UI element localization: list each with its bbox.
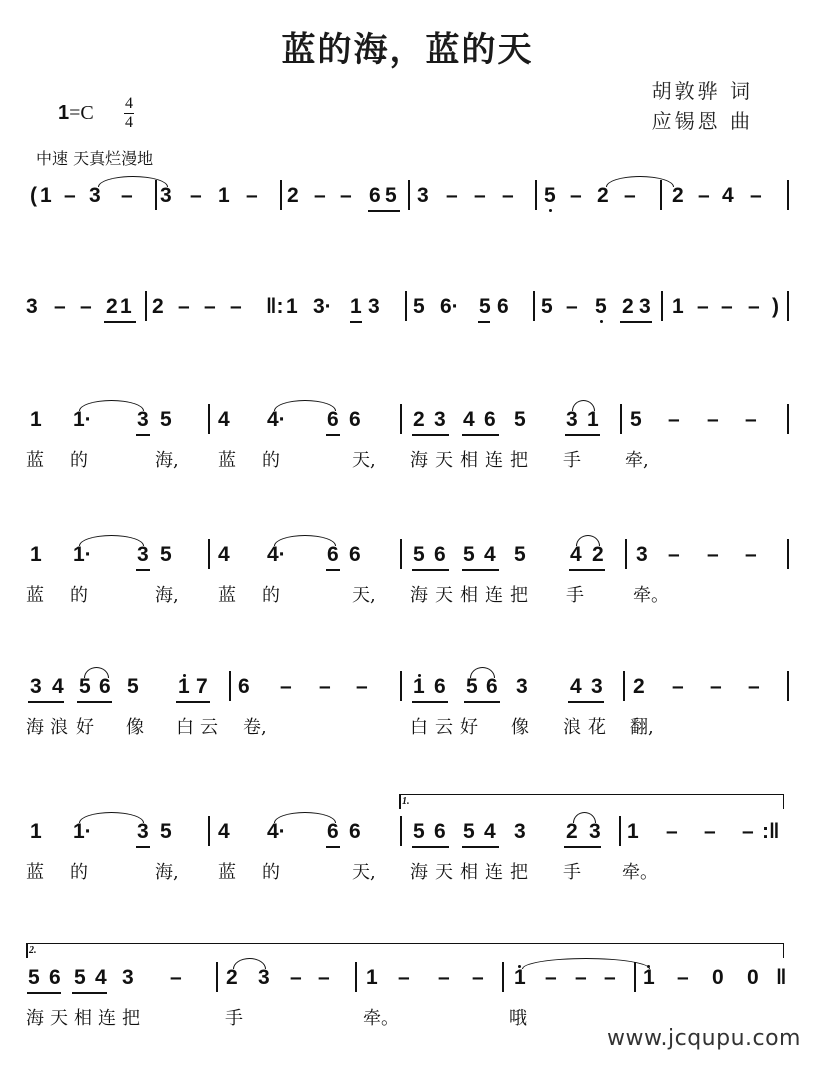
lyric-syllable: 天	[435, 581, 453, 607]
credits: 胡敦骅 词 应锡恩 曲	[652, 76, 753, 136]
barline	[787, 671, 789, 701]
note: –	[121, 184, 133, 208]
note: –	[677, 966, 689, 990]
score-row: 11·3544·6656545423–––蓝的海,蓝的天,海天相连把手牵。	[0, 535, 815, 625]
note: –	[190, 184, 202, 208]
lyric-syllable: 海	[26, 713, 44, 739]
note: 6·	[440, 295, 459, 319]
note: 1·	[73, 543, 92, 567]
slur	[522, 958, 650, 969]
high-octave-dot	[183, 674, 186, 677]
lyric-syllable: 的	[262, 581, 280, 607]
note: 5	[385, 184, 397, 208]
barline	[208, 816, 210, 846]
note: ‖:	[266, 295, 283, 319]
barline	[400, 671, 402, 701]
lyric-syllable: 海	[410, 446, 428, 472]
note: –	[748, 675, 760, 699]
note: 0	[747, 966, 759, 990]
note: –	[748, 295, 760, 319]
note: 5	[160, 820, 172, 844]
barline	[787, 404, 789, 434]
barline	[625, 539, 627, 569]
note: 1	[120, 295, 132, 319]
note: –	[230, 295, 242, 319]
slur	[274, 400, 336, 411]
note: 3	[636, 543, 648, 567]
note: 1	[30, 408, 42, 432]
eighth-underline	[104, 321, 136, 323]
slur	[573, 812, 596, 823]
lyric-syllable: 海	[410, 858, 428, 884]
note: 1	[30, 820, 42, 844]
notes-line: 56543–23––1–––1–––1–00‖	[0, 958, 815, 998]
note: 3	[137, 543, 149, 567]
note: 1	[286, 295, 298, 319]
note: 2	[566, 820, 578, 844]
eighth-underline	[565, 434, 600, 436]
lyric-syllable: 连	[485, 858, 503, 884]
eighth-underline	[136, 569, 150, 571]
note: 1	[413, 675, 425, 699]
lyric-syllable: 好	[76, 713, 94, 739]
note: 3	[516, 675, 528, 699]
lyric-syllable: 手	[566, 581, 584, 607]
notes-line: 11·3544·6656545423–––	[0, 535, 815, 575]
note: 6	[486, 675, 498, 699]
lyric-syllable: 连	[98, 1004, 116, 1030]
note: 5	[160, 408, 172, 432]
note: 2	[287, 184, 299, 208]
barline	[408, 180, 410, 210]
eighth-underline	[326, 434, 340, 436]
note: –	[204, 295, 216, 319]
barline	[619, 816, 621, 846]
note: 4	[218, 820, 230, 844]
slur	[98, 176, 168, 187]
note: –	[319, 675, 331, 699]
slur	[233, 958, 266, 969]
eighth-underline	[326, 569, 340, 571]
note: –	[398, 966, 410, 990]
barline	[280, 180, 282, 210]
note: 1·	[73, 408, 92, 432]
note: –	[570, 184, 582, 208]
note: 4	[218, 543, 230, 567]
barline	[620, 404, 622, 434]
note: 4·	[267, 820, 286, 844]
note: 5	[595, 295, 607, 319]
note: –	[750, 184, 762, 208]
high-octave-dot	[418, 674, 421, 677]
note: 4	[463, 408, 475, 432]
note: 3	[434, 408, 446, 432]
note: 3	[160, 184, 172, 208]
lyric-syllable: 手	[225, 1004, 243, 1030]
note: 5	[160, 543, 172, 567]
note: 1	[350, 295, 362, 319]
notes-line: (1–3–3–1–2––653–––5–2–2–4–	[0, 176, 815, 216]
notes-line: 11·3544·6623465315–––	[0, 400, 815, 440]
lyric-syllable: 把	[510, 581, 528, 607]
note: 2	[413, 408, 425, 432]
lyric-syllable: 蓝	[218, 446, 236, 472]
barline	[208, 404, 210, 434]
note: –	[624, 184, 636, 208]
lyric-syllable: 云	[200, 713, 218, 739]
lyric-syllable: 浪	[563, 713, 581, 739]
note: 4	[484, 820, 496, 844]
lyric-syllable: 云	[435, 713, 453, 739]
eighth-underline	[620, 321, 652, 323]
note: 6	[327, 408, 339, 432]
note: –	[246, 184, 258, 208]
note: 3	[122, 966, 134, 990]
note: 0	[712, 966, 724, 990]
note: 1	[178, 675, 190, 699]
eighth-underline	[569, 569, 605, 571]
lyric-syllable: 海	[26, 1004, 44, 1030]
lyric-syllable: 天,	[352, 446, 376, 472]
note: 3	[589, 820, 601, 844]
note: –	[721, 295, 733, 319]
lyric-syllable: 牵,	[625, 446, 649, 472]
slur	[79, 812, 144, 823]
note: 1	[366, 966, 378, 990]
lyrics-line: 海浪好像白云卷,白云好像浪花翻,	[0, 713, 815, 741]
note: –	[290, 966, 302, 990]
lyric-syllable: 牵。	[363, 1004, 399, 1030]
barline	[623, 671, 625, 701]
note: 5	[413, 295, 425, 319]
note: 3	[137, 820, 149, 844]
eighth-underline	[176, 701, 210, 703]
note: 4	[484, 543, 496, 567]
note: 1	[218, 184, 230, 208]
note: –	[280, 675, 292, 699]
note: 6	[238, 675, 250, 699]
eighth-underline	[412, 701, 448, 703]
slur	[84, 667, 109, 678]
note: 6	[434, 543, 446, 567]
eighth-underline	[464, 701, 500, 703]
volta-label: 2.	[29, 945, 37, 956]
note: –	[545, 966, 557, 990]
key-do: 1	[58, 102, 69, 124]
note: –	[314, 184, 326, 208]
note: 3	[368, 295, 380, 319]
song-title: 蓝的海，蓝的天	[0, 22, 815, 71]
note: :‖	[762, 820, 779, 844]
slur	[606, 176, 674, 187]
note: –	[340, 184, 352, 208]
note: 1	[514, 966, 526, 990]
lyric-syllable: 连	[485, 446, 503, 472]
note: 6	[434, 820, 446, 844]
note: 3	[591, 675, 603, 699]
lyrics-line: 蓝的海,蓝的天,海天相连把手牵。	[0, 581, 815, 609]
high-octave-dot	[518, 965, 521, 968]
note: –	[438, 966, 450, 990]
barline	[405, 291, 407, 321]
note: 4	[570, 543, 582, 567]
score-row: 3––212–––‖:13·1356·565–5231–––)	[0, 287, 815, 377]
slur	[470, 667, 495, 678]
low-octave-dot	[600, 320, 603, 323]
note: 6	[49, 966, 61, 990]
lyric-syllable: 像	[511, 713, 529, 739]
note: 1·	[73, 820, 92, 844]
note: 5	[514, 408, 526, 432]
note: 6	[484, 408, 496, 432]
eighth-underline	[368, 210, 400, 212]
note: 1	[627, 820, 639, 844]
note: 2	[622, 295, 634, 319]
lyric-syllable: 的	[262, 858, 280, 884]
lyric-syllable: 天	[435, 858, 453, 884]
note: 6	[369, 184, 381, 208]
note: 2	[592, 543, 604, 567]
note: 5	[79, 675, 91, 699]
note: –	[666, 820, 678, 844]
score-row: 11·3544·6623465315–––蓝的海,蓝的天,海天相连把手牵,	[0, 400, 815, 490]
lyric-syllable: 相	[460, 858, 478, 884]
note: 4	[570, 675, 582, 699]
note: 6	[497, 295, 509, 319]
volta-right-edge	[783, 795, 785, 809]
note: )	[772, 295, 779, 319]
lyric-syllable: 相	[74, 1004, 92, 1030]
note: 1	[40, 184, 52, 208]
eighth-underline	[412, 434, 449, 436]
note: 3	[566, 408, 578, 432]
eighth-underline	[77, 701, 112, 703]
lyric-syllable: 蓝	[218, 858, 236, 884]
lyric-syllable: 天	[435, 446, 453, 472]
note: 3	[258, 966, 270, 990]
lyric-syllable: 海,	[155, 581, 179, 607]
note: –	[704, 820, 716, 844]
note: –	[356, 675, 368, 699]
lyric-syllable: 手	[563, 858, 581, 884]
note: –	[668, 408, 680, 432]
barline	[533, 291, 535, 321]
lyric-syllable: 天,	[352, 858, 376, 884]
note: 1	[672, 295, 684, 319]
note: 5	[413, 820, 425, 844]
note: 3·	[313, 295, 332, 319]
note: –	[672, 675, 684, 699]
volta-bracket: 1.	[399, 794, 784, 809]
eighth-underline	[462, 569, 499, 571]
lyricist-credit: 胡敦骅 词	[652, 76, 753, 106]
barline	[661, 291, 663, 321]
volta-left-edge	[26, 944, 28, 958]
note: 4·	[267, 408, 286, 432]
lyric-syllable: 蓝	[26, 581, 44, 607]
note: 6	[349, 408, 361, 432]
eighth-underline	[136, 846, 150, 848]
barline	[208, 539, 210, 569]
lyric-syllable: 海	[410, 581, 428, 607]
note: ‖	[776, 966, 786, 990]
notes-line: 34565176–––16563432–––	[0, 667, 815, 707]
note: –	[668, 543, 680, 567]
lyric-syllable: 好	[460, 713, 478, 739]
note: 3	[89, 184, 101, 208]
lyrics-line: 蓝的海,蓝的天,海天相连把手牵。	[0, 858, 815, 886]
note: 2	[226, 966, 238, 990]
meter-bottom: 4	[125, 114, 133, 131]
note: 5	[466, 675, 478, 699]
lyric-syllable: 手	[563, 446, 581, 472]
lyric-syllable: 相	[460, 446, 478, 472]
slur	[79, 400, 144, 411]
note: –	[575, 966, 587, 990]
volta-bracket: 2.	[26, 943, 784, 958]
eighth-underline	[412, 569, 449, 571]
note: 5	[479, 295, 491, 319]
lyric-syllable: 的	[70, 858, 88, 884]
lyric-syllable: 把	[122, 1004, 140, 1030]
note: –	[566, 295, 578, 319]
barline	[355, 962, 357, 992]
note: –	[697, 295, 709, 319]
key-equals: =	[69, 102, 80, 124]
lyric-syllable: 翻,	[630, 713, 654, 739]
lyric-syllable: 蓝	[218, 581, 236, 607]
note: 4·	[267, 543, 286, 567]
note: 3	[514, 820, 526, 844]
lyric-syllable: 把	[510, 858, 528, 884]
eighth-underline	[412, 846, 449, 848]
high-octave-dot	[647, 965, 650, 968]
note: 6	[434, 675, 446, 699]
score-row: 11·3544·6656543231–––:‖1.蓝的海,蓝的天,海天相连把手牵…	[0, 812, 815, 902]
note: –	[710, 675, 722, 699]
composer-credit: 应锡恩 曲	[652, 106, 753, 136]
note: 2	[152, 295, 164, 319]
eighth-underline	[462, 434, 499, 436]
lyric-syllable: 蓝	[26, 858, 44, 884]
lyric-syllable: 像	[126, 713, 144, 739]
lyric-syllable: 天,	[352, 581, 376, 607]
note: –	[54, 295, 66, 319]
note: 5	[541, 295, 553, 319]
lyric-syllable: 相	[460, 581, 478, 607]
eighth-underline	[568, 701, 604, 703]
note: –	[170, 966, 182, 990]
note: 5	[28, 966, 40, 990]
note: –	[745, 408, 757, 432]
score-row: 34565176–––16563432–––海浪好像白云卷,白云好像浪花翻,	[0, 667, 815, 757]
note: 5	[127, 675, 139, 699]
note: 1	[587, 408, 599, 432]
lyric-syllable: 连	[485, 581, 503, 607]
note: –	[502, 184, 514, 208]
lyric-syllable: 牵。	[633, 581, 669, 607]
barline	[535, 180, 537, 210]
slur	[79, 535, 144, 546]
note: 4	[722, 184, 734, 208]
notes-line: 11·3544·6656543231–––:‖	[0, 812, 815, 852]
eighth-underline	[462, 846, 499, 848]
lyric-syllable: 哦	[509, 1004, 527, 1030]
volta-label: 1.	[402, 796, 410, 807]
lyric-syllable: 浪	[50, 713, 68, 739]
note: –	[707, 408, 719, 432]
lyric-syllable: 牵。	[622, 858, 658, 884]
note: 5	[630, 408, 642, 432]
note: 6	[349, 543, 361, 567]
lyric-syllable: 海,	[155, 446, 179, 472]
lyric-syllable: 把	[510, 446, 528, 472]
barline	[787, 180, 789, 210]
lyric-syllable: 花	[588, 713, 606, 739]
barline	[400, 816, 402, 846]
slur	[572, 400, 595, 411]
barline	[229, 671, 231, 701]
slur	[274, 535, 336, 546]
key-signature: 1=C	[58, 102, 94, 125]
note: –	[178, 295, 190, 319]
barline	[787, 539, 789, 569]
score-row: (1–3–3–1–2––653–––5–2–2–4–	[0, 176, 815, 266]
key-tonic: C	[80, 102, 93, 124]
eighth-underline	[136, 434, 150, 436]
lyric-syllable: 的	[262, 446, 280, 472]
low-octave-dot	[549, 209, 552, 212]
note: 3	[137, 408, 149, 432]
tempo-marking: 中速 天真烂漫地	[36, 146, 153, 169]
note: –	[318, 966, 330, 990]
note: –	[472, 966, 484, 990]
note: 5	[413, 543, 425, 567]
barline	[145, 291, 147, 321]
volta-left-edge	[399, 795, 401, 809]
time-signature: 4 4	[124, 96, 134, 131]
note: 4	[218, 408, 230, 432]
note: 5	[463, 543, 475, 567]
lyric-syllable: 海,	[155, 858, 179, 884]
note: 3	[417, 184, 429, 208]
watermark: www.jcqupu.com	[607, 1026, 801, 1051]
note: 3	[26, 295, 38, 319]
slur	[274, 812, 336, 823]
note: 7	[196, 675, 208, 699]
lyric-syllable: 卷,	[243, 713, 267, 739]
lyric-syllable: 白	[176, 713, 194, 739]
note: 1	[30, 543, 42, 567]
volta-right-edge	[783, 944, 785, 958]
slur	[576, 535, 600, 546]
note: 6	[99, 675, 111, 699]
note: –	[698, 184, 710, 208]
note: (	[30, 184, 37, 208]
note: –	[64, 184, 76, 208]
eighth-underline	[478, 321, 490, 323]
note: 5	[463, 820, 475, 844]
note: 5	[544, 184, 556, 208]
note: 4	[52, 675, 64, 699]
note: 6	[327, 543, 339, 567]
meter-top: 4	[125, 95, 133, 112]
barline	[502, 962, 504, 992]
note: –	[742, 820, 754, 844]
note: 2	[106, 295, 118, 319]
eighth-underline	[28, 701, 64, 703]
lyric-syllable: 蓝	[26, 446, 44, 472]
